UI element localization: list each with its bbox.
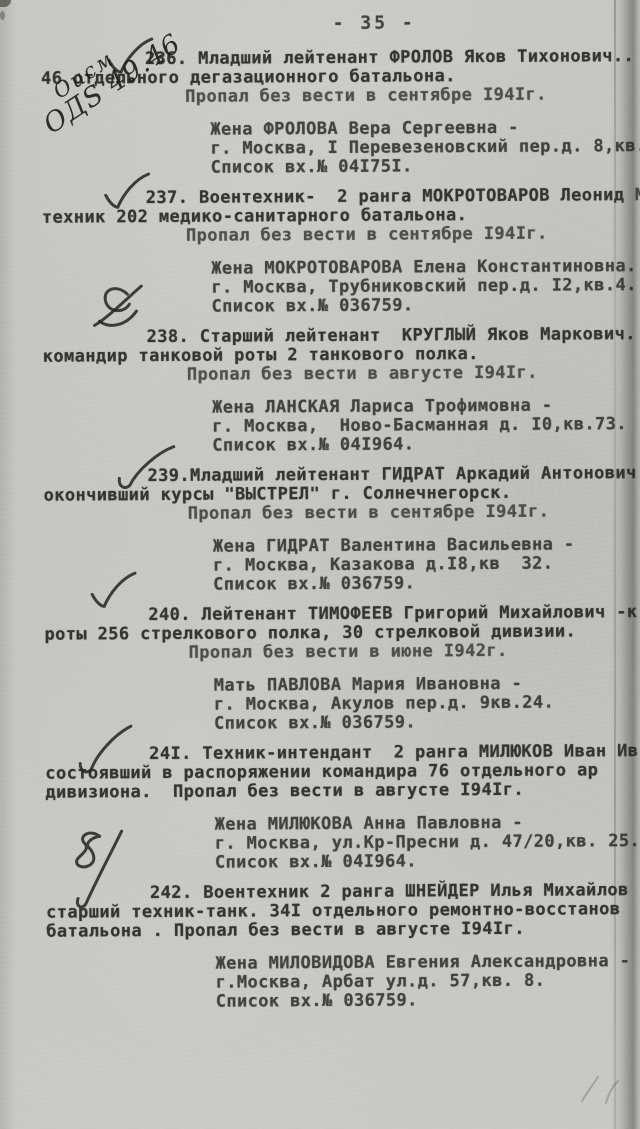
entry-line: Пропал без вести в августе I94Iг. [0, 363, 639, 386]
entry-line: Пропал без вести в сентябре I94Iг. [0, 85, 637, 108]
entry-241: 24I. Техник-интендант 2 ранга МИЛЮКОВ Ив… [1, 742, 640, 874]
entry-line: Список вх.№ 036759. [3, 990, 640, 1013]
entry-236: 236. Младший лейтенант ФРОЛОВ Яков Тихон… [0, 47, 638, 179]
entry-242: 242. Воентехник 2 ранга ШНЕЙДЕР Илья Мих… [2, 881, 640, 1013]
entry-line: дивизиона. Пропал без вести в августе I9… [1, 780, 640, 803]
document-page: - 35 - Оисм ОДЅ 49.46 236. Младший лейте… [0, 0, 640, 1129]
entry-line: Пропал без вести в сентябре I94Iг. [0, 502, 640, 525]
relative-contact-block: Жена МИЛЮКОВА Анна Павловна -г. Москва, … [2, 813, 640, 874]
entry-237: 237. Воентехник- 2 ранга МОКРОТОВАРОВ Ле… [0, 186, 638, 318]
entry-238: 238. Старший лейтенант КРУГЛЫЙ Яков Марк… [0, 325, 639, 457]
entry-line: Список вх.№ 04I964. [2, 851, 640, 874]
entry-line: батальона . Пропал без вести в августе I… [2, 919, 640, 942]
page-number: - 35 - [333, 12, 416, 34]
relative-contact-block: Жена ЛАНСКАЯ Лариса Трофимовна -г. Москв… [0, 396, 639, 457]
faint-pencil-scuff [578, 1073, 622, 1107]
entry-240: 240. Лейтенант ТИМОФЕЕВ Григорий Михайло… [0, 603, 640, 735]
entry-line: Список вх.№ 04I75I. [0, 156, 638, 179]
relative-contact-block: Жена МИЛОВИДОВА Евгения Александровна -г… [2, 952, 640, 1013]
relative-contact-block: Жена ФРОЛОВА Вера Сергеевна -г. Москва, … [0, 118, 638, 179]
entry-line: Список вх.№ 036759. [0, 295, 638, 318]
relative-contact-block: Мать ПАВЛОВА Мария Ивановна -г. Москва, … [1, 674, 640, 735]
entries-list: 236. Младший лейтенант ФРОЛОВ Яков Тихон… [0, 47, 640, 1024]
relative-contact-block: Жена ГИДРАТ Валентина Васильевна -г. Мос… [0, 535, 640, 596]
entry-239: 239.Младший лейтенант ГИДРАТ Аркадий Ант… [0, 464, 640, 596]
entry-line: Пропал без вести в сентябре I94Iг. [0, 224, 638, 247]
entry-line: Список вх.№ 036759. [1, 712, 640, 735]
entry-line: Список вх.№ 04I964. [0, 434, 639, 457]
entry-line: Список вх.№ 036759. [0, 573, 640, 596]
entry-line: Пропал без вести в июне I942г. [0, 641, 640, 664]
relative-contact-block: Жена МОКРОТОВАРОВА Елена Константиновна.… [0, 257, 638, 318]
